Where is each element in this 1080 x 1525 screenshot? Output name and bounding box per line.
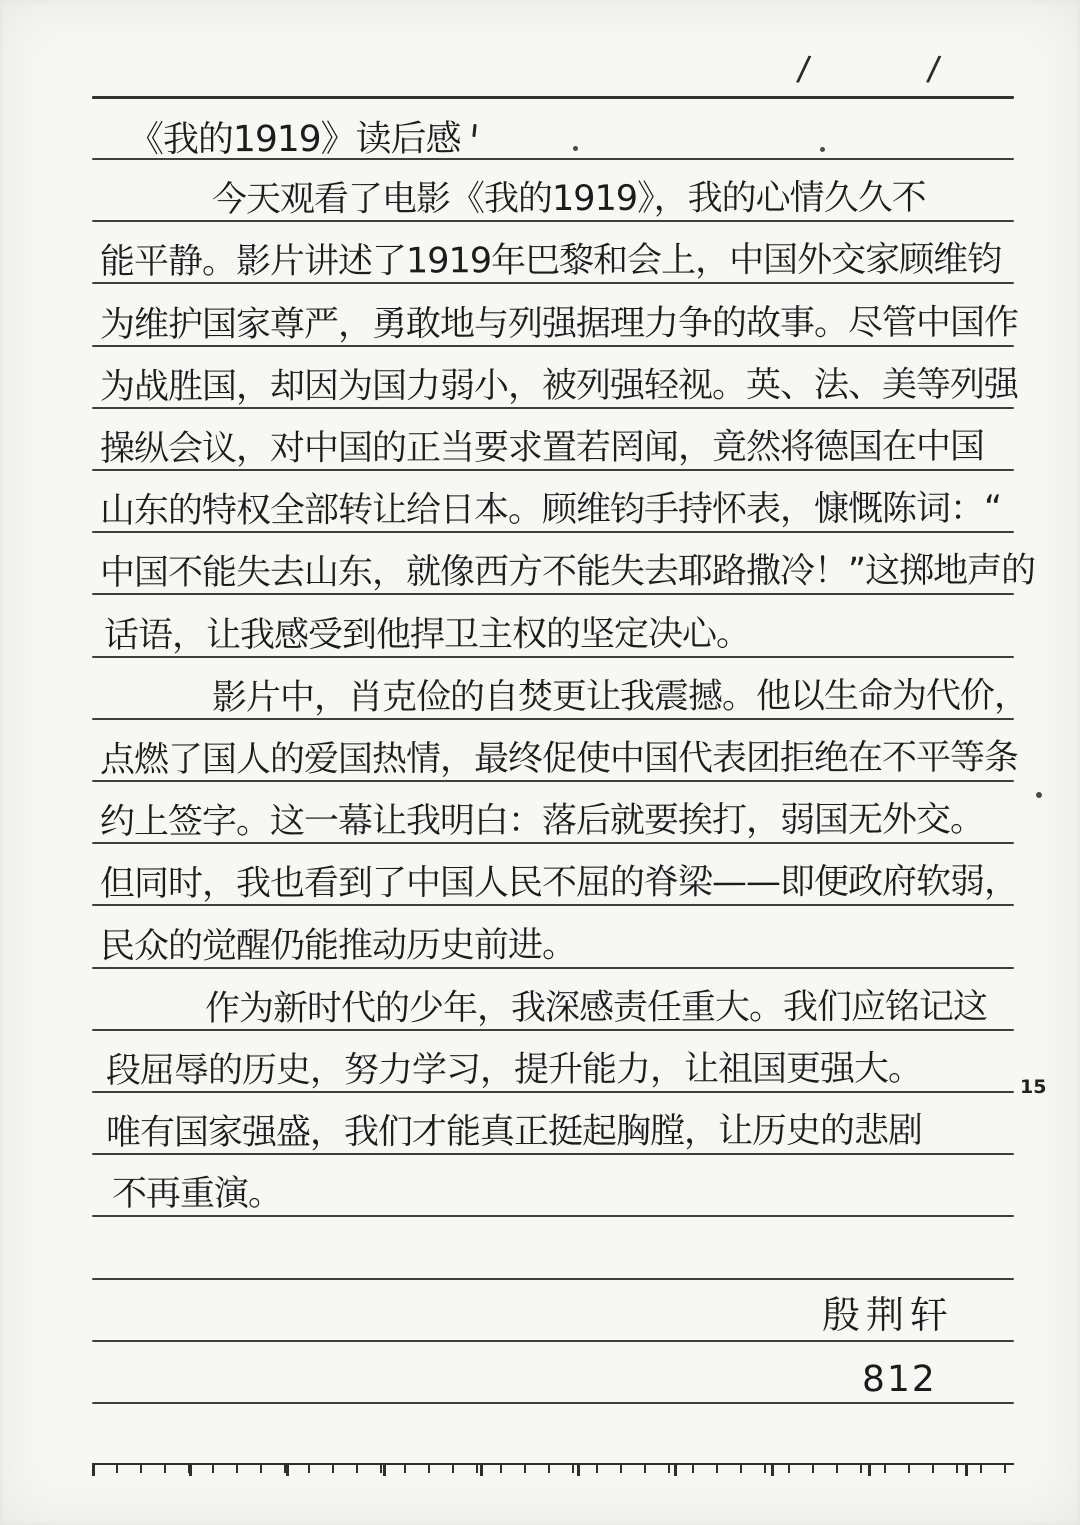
essay-line: 中国不能失去山东，就像西方不能失去耶路撒冷！”这掷地声的 <box>100 545 1035 591</box>
essay-line: 影片中，肖克俭的自焚更让我震撼。他以生命为代价， <box>212 670 1028 716</box>
ink-speck <box>820 147 825 152</box>
ruled-line <box>92 718 1014 720</box>
essay-line: 操纵会议，对中国的正当要求置若罔闻，竟然将德国在中国 <box>100 421 984 467</box>
ruled-line <box>92 1091 1014 1093</box>
ruled-line <box>92 1029 1014 1031</box>
check-mark-slash: / <box>796 51 812 86</box>
essay-line: 山东的特权全部转让给日本。顾维钧手持怀表，慷慨陈词：“ <box>100 483 1001 529</box>
essay-line: 点燃了国人的爱国热情，最终促使中国代表团拒绝在不平等条 <box>100 732 1018 778</box>
ruled-line <box>92 904 1014 906</box>
ruled-line <box>92 469 1014 471</box>
ruled-line <box>92 1215 1014 1217</box>
ruled-line <box>92 593 1014 595</box>
signature: 殷荆轩 <box>822 1290 954 1334</box>
ruled-line <box>92 842 1014 844</box>
ruled-line <box>92 531 1014 533</box>
ruled-line <box>92 656 1014 658</box>
line-number-15: 15 <box>1020 1076 1046 1098</box>
ink-mark <box>472 124 476 137</box>
ruled-line <box>92 1153 1014 1155</box>
ruled-line <box>92 96 1014 99</box>
ruled-line <box>92 407 1014 409</box>
ruled-line <box>92 1278 1014 1280</box>
ruled-line <box>92 967 1014 969</box>
ruled-line <box>92 780 1014 782</box>
ruled-line <box>92 1340 1014 1342</box>
class-number: 812 <box>862 1354 937 1398</box>
ruled-line <box>92 1402 1014 1404</box>
ruled-line <box>92 220 1014 222</box>
ink-speck <box>573 146 578 151</box>
ink-speck <box>1036 792 1042 798</box>
essay-line: 为战胜国，却因为国力弱小，被列强轻视。英、法、美等列强 <box>100 359 1018 405</box>
essay-line: 唯有国家强盛，我们才能真正挺起胸膛，让历史的悲剧 <box>106 1105 922 1151</box>
essay-line: 民众的觉醒仍能推动历史前进。 <box>100 919 576 964</box>
ruler-major-ticks <box>92 1465 1014 1476</box>
essay-line: 约上签字。这一幕让我明白：落后就要挨打，弱国无外交。 <box>100 794 984 840</box>
check-mark-slash: / <box>926 51 942 86</box>
essay-title: 《我的1919》读后感 <box>128 114 461 159</box>
essay-line: 段屈辱的历史，努力学习，提升能力，让祖国更强大。 <box>106 1043 922 1089</box>
essay-line: 作为新时代的少年，我深感责任重大。我们应铭记这 <box>205 981 987 1027</box>
essay-line: 能平静。影片讲述了1919年巴黎和会上，中国外交家顾维钧 <box>100 234 1001 280</box>
ruled-line <box>92 282 1014 284</box>
essay-line: 不再重演。 <box>112 1168 282 1212</box>
essay-line: 为维护国家尊严，勇敢地与列强据理力争的故事。尽管中国作 <box>100 297 1018 343</box>
essay-line: 但同时，我也看到了中国人民不屈的脊梁——即便政府软弱， <box>100 856 1018 902</box>
essay-line: 话语，让我感受到他捍卫主权的坚定决心。 <box>104 608 750 654</box>
essay-line: 今天观看了电影《我的1919》，我的心情久久不 <box>212 172 926 218</box>
ruled-line <box>92 345 1014 347</box>
bottom-tick-ruler <box>92 1463 1014 1465</box>
